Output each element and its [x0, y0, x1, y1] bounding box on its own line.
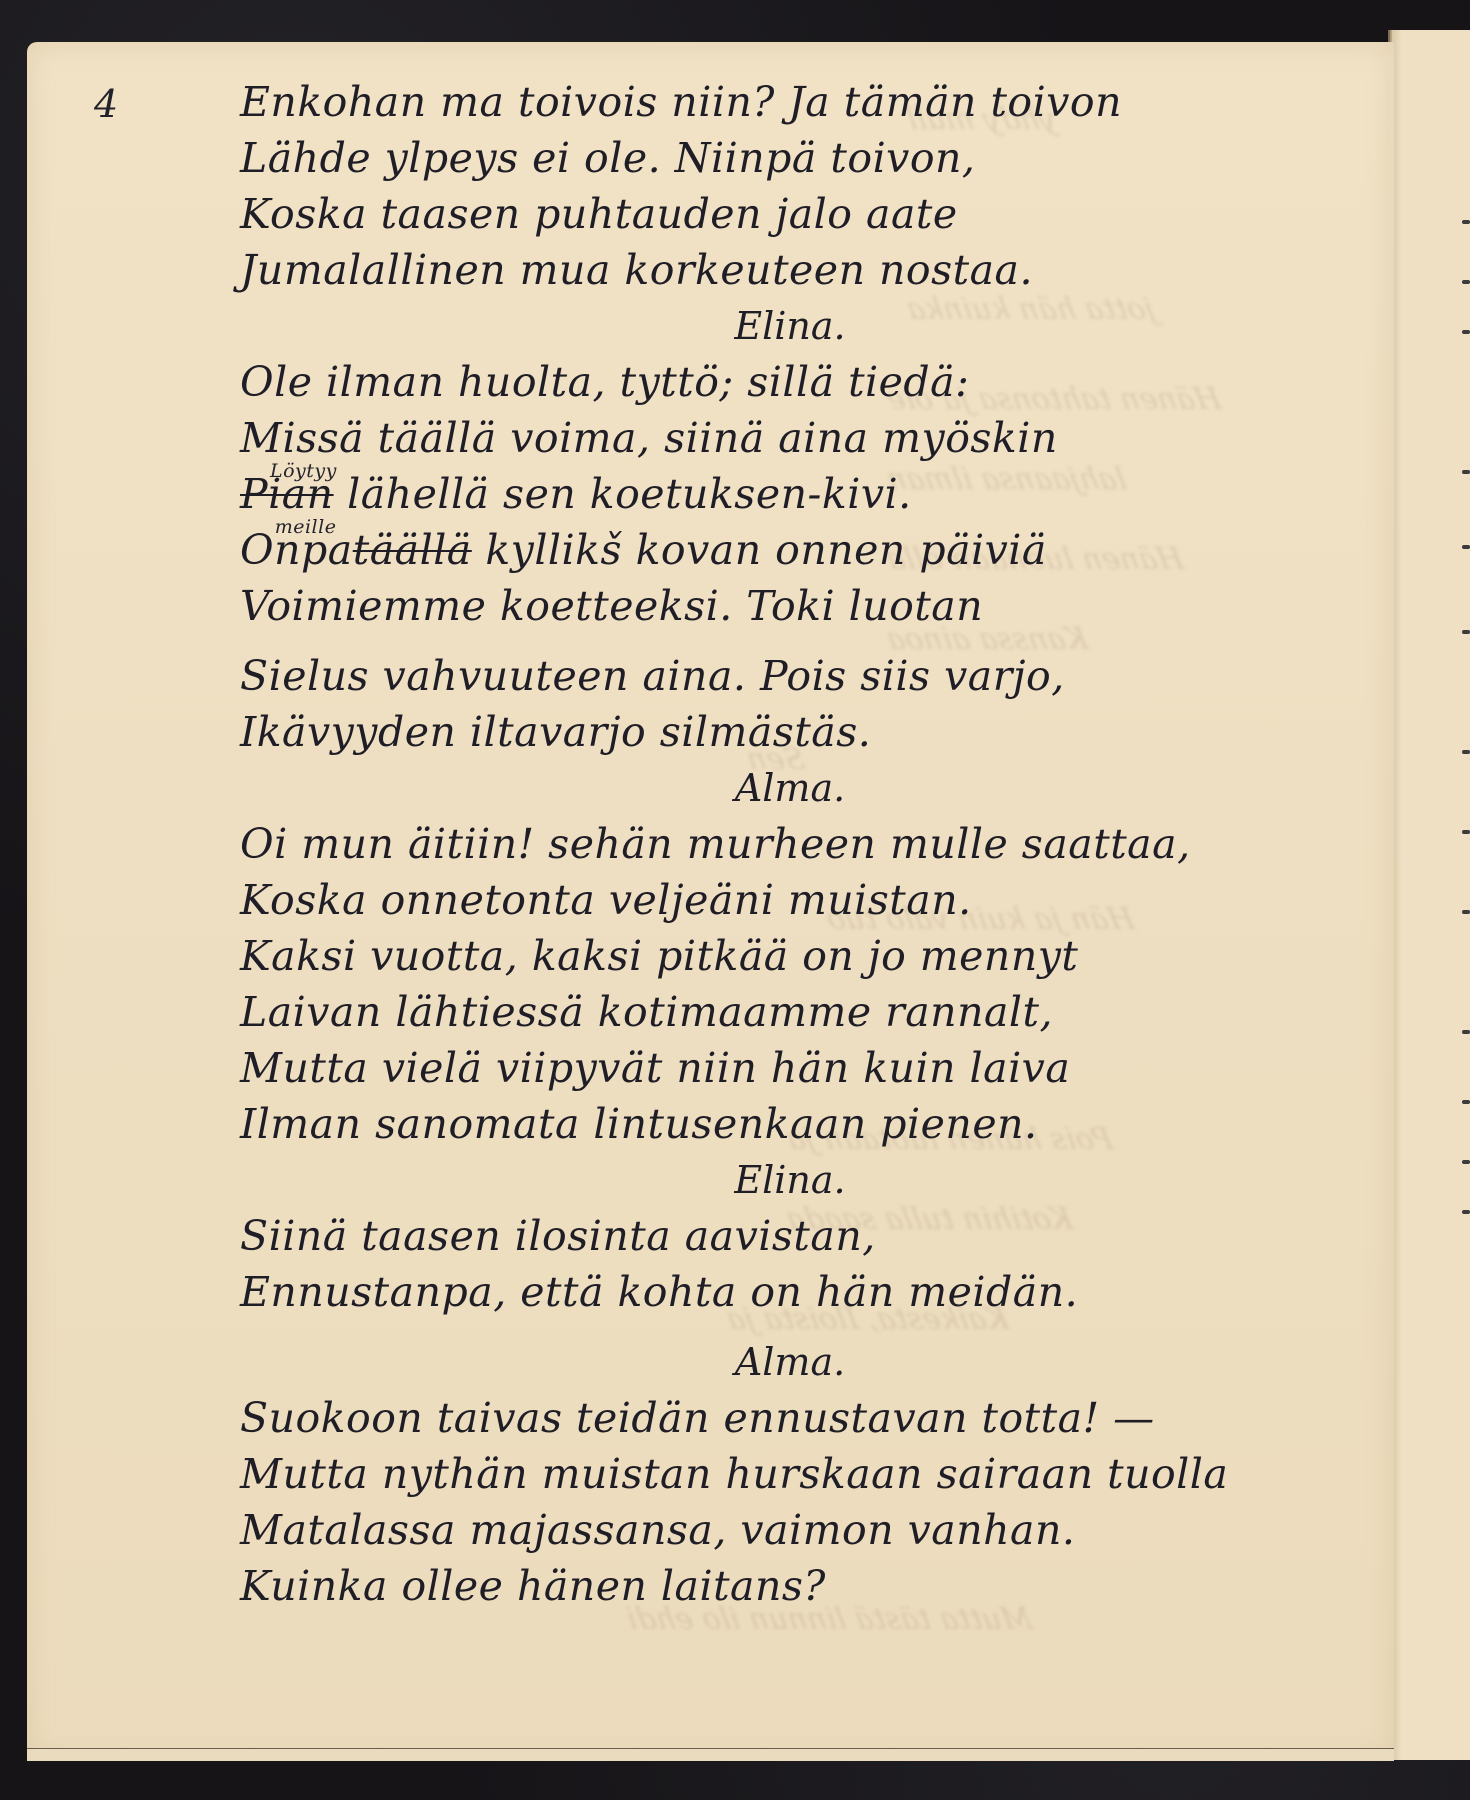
- adjacent-page-ink-fragments: [1462, 0, 1470, 1800]
- revision-insert: meille täällä: [353, 522, 472, 578]
- line-rest: kyllikš kovan onnen päiviä: [485, 526, 1047, 574]
- verse-line: Kuinka ollee hänen laitans?: [240, 1558, 1370, 1614]
- passage-elina-1: Elina. Ole ilman huolta, tyttö; sillä ti…: [240, 298, 1370, 760]
- inserted-word: Löytyy: [270, 462, 337, 481]
- verse-line: Suokoon taivas teidän ennustavan totta! …: [240, 1390, 1370, 1446]
- verse-line-revised: Pian Löytyy lähellä sen koetuksen-kivi.: [240, 466, 1370, 522]
- manuscript-text: Enkohan ma toivois niin? Ja tämän toivon…: [240, 74, 1370, 1614]
- verse-line-revised: Onpa meille täällä kyllikš kovan onnen p…: [240, 522, 1370, 578]
- speaker-heading: Alma.: [240, 760, 1140, 816]
- line-rest: lähellä sen koetuksen-kivi.: [347, 470, 912, 518]
- verse-line: Oi mun äitiin! sehän murheen mulle saatt…: [240, 816, 1370, 872]
- passage-elina-2: Elina. Siinä taasen ilosinta aavistan, E…: [240, 1152, 1370, 1320]
- verse-line: Ole ilman huolta, tyttö; sillä tiedä:: [240, 354, 1370, 410]
- verse-line: Voimiemme koetteeksi. Toki luotan: [240, 578, 1370, 634]
- page-bottom-edge: [27, 1748, 1394, 1761]
- verse-line: Koska onnetonta veljeäni muistan.: [240, 872, 1370, 928]
- verse-line: Ennustanpa, että kohta on hän meidän.: [240, 1264, 1370, 1320]
- verse-line: Koska taasen puhtauden jalo aate: [240, 186, 1370, 242]
- speaker-heading: Elina.: [240, 298, 1140, 354]
- verse-line: Ikävyyden iltavarjo silmästäs.: [240, 704, 1370, 760]
- verse-line: Laivan lähtiessä kotimaamme rannalt,: [240, 984, 1370, 1040]
- verse-line: Lähde ylpeys ei ole. Niinpä toivon,: [240, 130, 1370, 186]
- passage-alma-2: Alma. Suokoon taivas teidän ennustavan t…: [240, 1334, 1370, 1614]
- adjacent-page-edge: [1390, 30, 1470, 1760]
- verse-line: Jumalallinen mua korkeuteen nostaa.: [240, 242, 1370, 298]
- struck-word: täällä: [353, 526, 472, 574]
- verse-line: Mutta vielä viipyvät niin hän kuin laiva: [240, 1040, 1370, 1096]
- verse-line: Matalassa majassansa, vaimon vanhan.: [240, 1502, 1370, 1558]
- speaker-heading: Elina.: [240, 1152, 1140, 1208]
- verse-line: Mutta nythän muistan hurskaan sairaan tu…: [240, 1446, 1370, 1502]
- page-number: 4: [94, 82, 118, 126]
- verse-line: Kaksi vuotta, kaksi pitkää on jo mennyt: [240, 928, 1370, 984]
- verse-line: Missä täällä voima, siinä aina myöskin: [240, 410, 1370, 466]
- verse-line: Sielus vahvuuteen aina. Pois siis varjo,: [240, 648, 1370, 704]
- inserted-word: meille: [275, 518, 337, 537]
- speaker-heading: Alma.: [240, 1334, 1140, 1390]
- verse-line: Ilman sanomata lintusenkaan pienen.: [240, 1096, 1370, 1152]
- passage-opening: Enkohan ma toivois niin? Ja tämän toivon…: [240, 74, 1370, 298]
- verse-line: Siinä taasen ilosinta aavistan,: [240, 1208, 1370, 1264]
- verse-line: Enkohan ma toivois niin? Ja tämän toivon: [240, 74, 1370, 130]
- revision-insert: Pian Löytyy: [240, 466, 334, 522]
- passage-alma-1: Alma. Oi mun äitiin! sehän murheen mulle…: [240, 760, 1370, 1152]
